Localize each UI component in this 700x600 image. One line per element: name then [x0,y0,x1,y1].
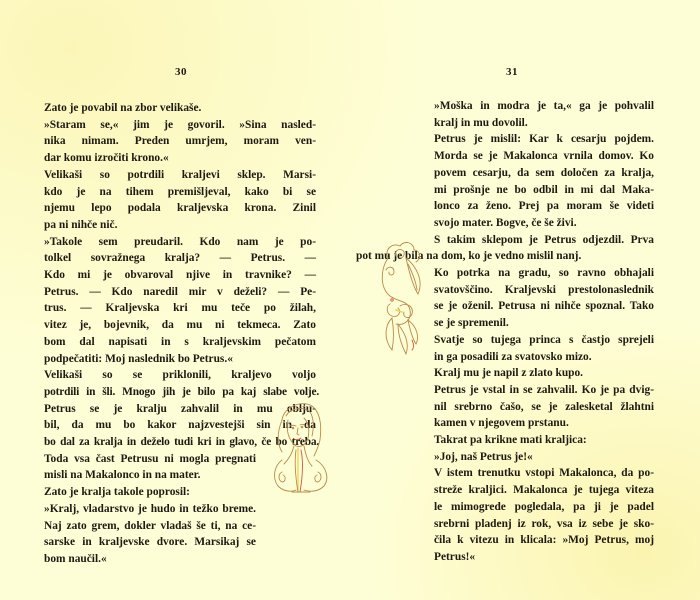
left-page: 30 Zato je povabil na zbor velikaše. »St… [0,0,350,600]
woman-with-headscarf-illustration [268,400,336,500]
text-line: Kralj mu je napil z zlato kupo. [434,365,654,382]
text-line: povem cesarju, da sem določen za kralja, [434,165,654,182]
text-line: sarske in kraljevske dvore. Marsikaj se [44,534,256,551]
text-line: svojo mater. Bogve, če še živi. [434,215,654,232]
text-line: nika nimam. Preden umrjem, moram ven- [44,133,316,150]
text-line: kdo je na tihem premišljeval, kako bi se [44,184,316,201]
text-line: S takim sklepom je Petrus odjezdil. Prva [434,232,654,249]
text-line: kralj in mu dovolil. [434,115,654,132]
text-line: Petrus je mislil: Kar k cesarju pojdem. [434,131,654,148]
text-line: »Staram se,« jim je govoril. »Sina nasle… [44,117,316,134]
text-line: streže kraljici. Makalonca je tujega vit… [434,482,654,499]
text-line: Kdo mi je obvaroval njive in travnike? — [44,267,316,284]
text-line: se je oženil. Petrusa ni nihče spoznal. … [434,298,654,315]
text-line: Toda vsa čast Petrusu ni mogla pregnati [44,451,256,468]
text-line: le mimogrede pogledala, pa ji je padel [434,499,654,516]
text-line: se je spremenil. [434,315,654,332]
text-line: bom naučil.« [44,551,316,568]
text-line: kamen v njegovem prstanu. [434,415,654,432]
text-line: čila k vitezu in klicala: »Moj Petrus, m… [434,532,654,549]
right-page: 31 »Moška in modra je ta,« ga je pohvali… [350,0,700,600]
text-line: dar komu izročiti krono.« [44,150,316,167]
text-line: Svatje so tujega princa s častjo sprejel… [434,332,654,349]
text-line: tolkel sovražnega kralja? — Petrus. — [44,250,316,267]
text-line: Velikaši so se priklonili, kraljevo volj… [44,367,316,384]
page-text: »Moška in modra je ta,« ga je pohvalil k… [434,98,654,566]
text-line: srebrni pladenj iz rok, vsa iz sebe je s… [434,516,654,533]
text-line: »Kralj, vladarstvo je hudo in težko brem… [44,501,256,518]
text-line: Petrus!« [434,549,654,566]
floral-scroll-ornament [376,240,428,360]
page-number: 30 [175,66,187,78]
text-line: Velikaši so potrdili kraljevi sklep. Mar… [44,167,316,184]
page-number: 31 [506,66,518,78]
text-line: mi prošnje ne bo odbil in mi dal Maka- [434,182,654,199]
text-line: svatovščino. Kraljevski prestolonasledni… [434,282,654,299]
book-spread: 30 Zato je povabil na zbor velikaše. »St… [0,0,700,600]
text-line: njemu lepo podala kraljevska krona. Zini… [44,200,316,217]
text-line: Zato je povabil na zbor velikaše. [44,100,316,117]
text-line: nil srebrno čašo, se je zalesketal žlaht… [434,399,654,416]
text-line: »Moška in modra je ta,« ga je pohvalil [434,98,654,115]
text-line: lonco za ženo. Prej pa moram še videti [434,198,654,215]
text-line: pa ni nihče nič. [44,217,316,234]
text-line: in ga posadili za svatovsko mizo. [434,349,654,366]
text-line: Naj zato grem, dokler vladaš še ti, na c… [44,518,256,535]
text-line: trus. — Kraljevska kri mu teče po žilah, [44,300,316,317]
text-line: Ko potrka na gradu, so ravno obhajali [434,265,654,282]
text-line: Petrus je vstal in se zahvalil. Ko je pa… [434,382,654,399]
text-line: Morda se je Makalonca vrnila domov. Ko [434,148,654,165]
text-line: Takrat pa krikne mati kraljica: [434,432,654,449]
text-line: podpečatiti: Moj naslednik bo Petrus.« [44,351,316,368]
text-line: Petrus. — Kdo naredil mir v deželi? — Pe… [44,284,316,301]
text-line: vitez je, bojevnik, da mu ni tekmeca. Za… [44,317,316,334]
text-line: »Joj, naš Petrus je!« [434,449,654,466]
text-line: bom dal napisati in s kraljevskim pečato… [44,334,316,351]
text-line: V istem trenutku vstopi Makalonca, da po… [434,465,654,482]
text-line: »Takole sem preudaril. Kdo nam je po- [44,234,316,251]
text-line: potrdili in šli. Mnogo jih je bilo pa ka… [44,384,319,401]
